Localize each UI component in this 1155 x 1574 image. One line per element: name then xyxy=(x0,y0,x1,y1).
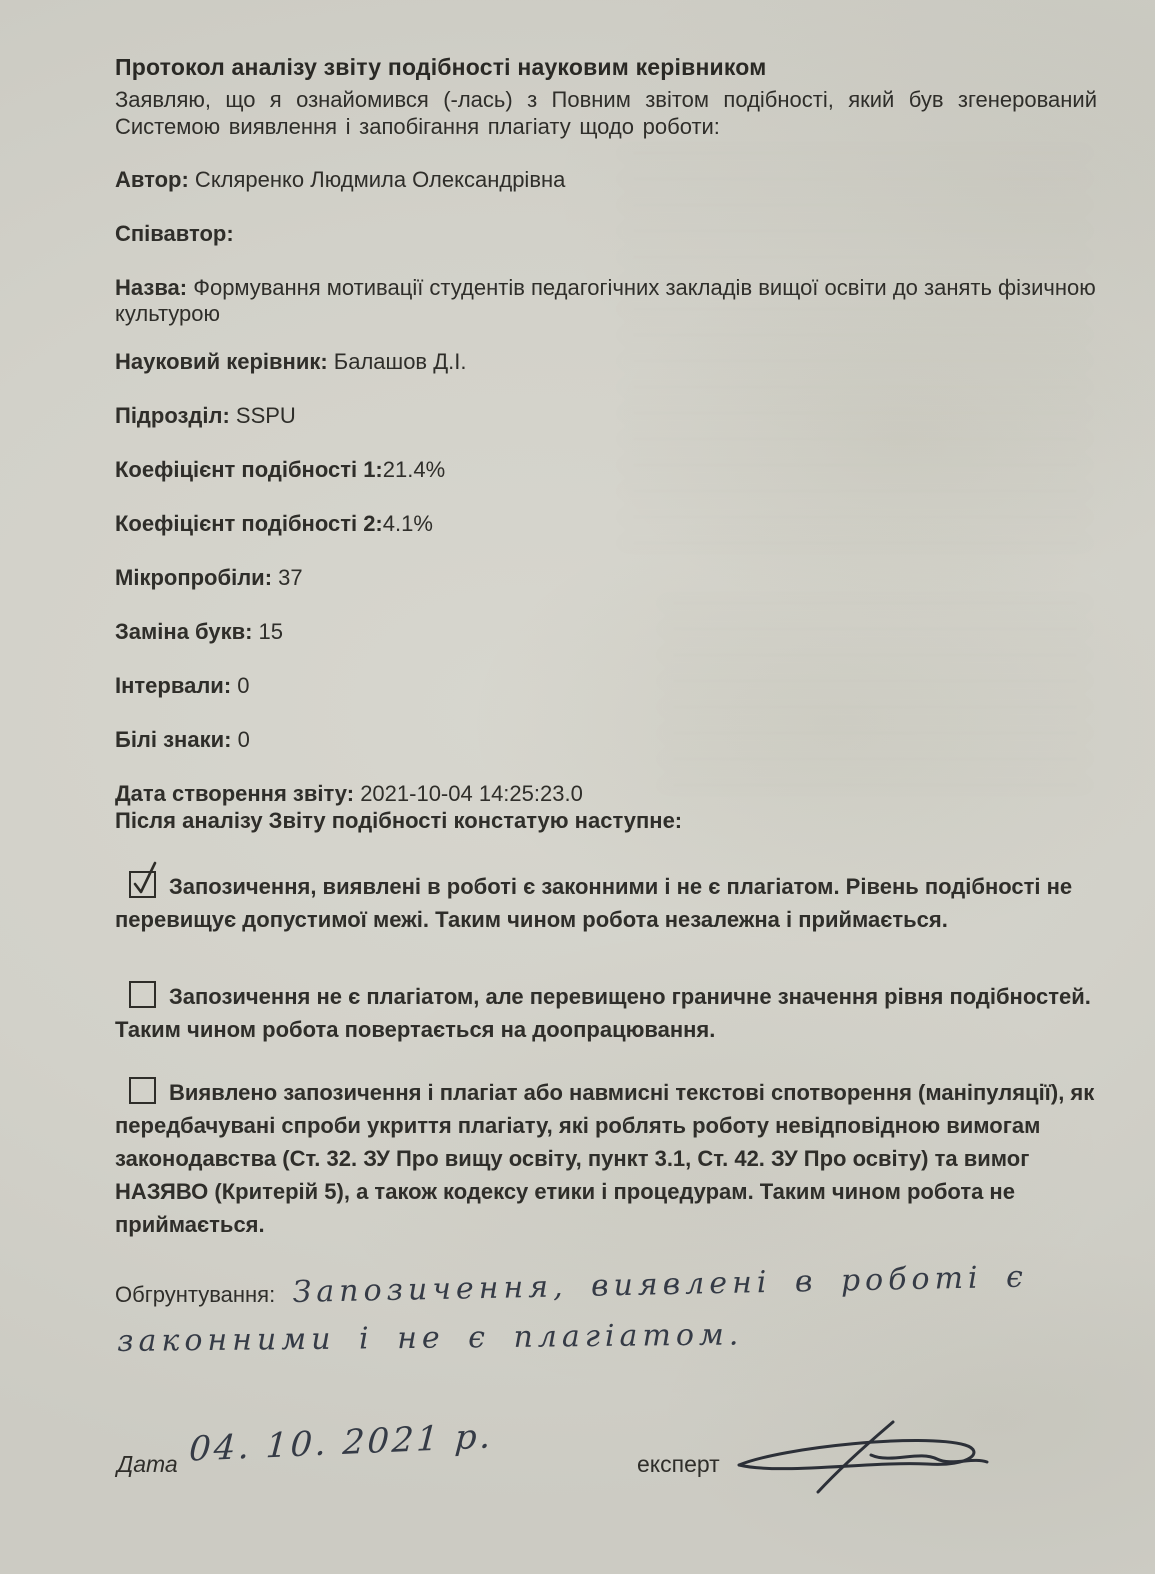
field-value: Формування мотивації студентів педагогіч… xyxy=(115,275,1096,326)
field-label: Співавтор: xyxy=(115,221,234,246)
handwritten-date: 04. 10. 2021 р. xyxy=(188,1416,495,1469)
signature-scribble-icon xyxy=(723,1417,1003,1506)
field-label: Заміна букв: xyxy=(115,619,252,644)
field-intervals: Інтервали: 0 xyxy=(115,673,1097,699)
expert-label: експерт xyxy=(637,1451,720,1478)
scanned-document-page: Протокол аналізу звіту подібності науков… xyxy=(0,0,1155,1574)
field-value: SSPU xyxy=(230,403,296,428)
field-value: 21.4% xyxy=(383,457,445,482)
field-label: Науковий керівник: xyxy=(115,349,328,374)
option-exceeds-threshold: Запозичення не є плагіатом, але перевище… xyxy=(115,980,1097,1046)
field-value: 15 xyxy=(252,619,283,644)
intro-statement: Заявляю, що я ознайомився (-лась) з Повн… xyxy=(115,86,1097,140)
field-value: Скляренко Людмила Олександрівна xyxy=(189,167,566,192)
field-department: Підрозділ: SSPU xyxy=(115,403,1097,429)
field-label: Автор: xyxy=(115,167,189,192)
handwritten-checkmark-icon xyxy=(129,858,159,898)
option-text: Запозичення, виявлені в роботі є законни… xyxy=(115,874,1072,932)
field-supervisor: Науковий керівник: Балашов Д.І. xyxy=(115,349,1097,375)
footer-signature-block: Дата 04. 10. 2021 р. експерт xyxy=(115,1421,1097,1531)
field-letter-substitution: Заміна букв: 15 xyxy=(115,619,1097,645)
field-label: Коефіцієнт подібності 1: xyxy=(115,457,383,482)
justification-row: Обгрунтування:Запозичення, виявлені в ро… xyxy=(115,1275,1097,1310)
field-value: 4.1% xyxy=(383,511,433,536)
option-text: Запозичення не є плагіатом, але перевище… xyxy=(115,984,1091,1042)
field-coauthor: Співавтор: xyxy=(115,221,1097,247)
field-value: 0 xyxy=(231,673,249,698)
field-label: Підрозділ: xyxy=(115,403,230,428)
field-similarity-coefficient-1: Коефіцієнт подібності 1:21.4% xyxy=(115,457,1097,483)
field-value: 37 xyxy=(272,565,303,590)
document-content: Протокол аналізу звіту подібності науков… xyxy=(115,54,1097,1531)
option-borrowings-legitimate: Запозичення, виявлені в роботі є законни… xyxy=(115,870,1097,936)
document-title: Протокол аналізу звіту подібності науков… xyxy=(115,54,1097,81)
field-label: Білі знаки: xyxy=(115,727,231,752)
justification-label: Обгрунтування: xyxy=(115,1282,275,1307)
checkbox-empty xyxy=(129,981,156,1008)
field-author: Автор: Скляренко Людмила Олександрівна xyxy=(115,167,1097,193)
field-similarity-coefficient-2: Коефіцієнт подібності 2:4.1% xyxy=(115,511,1097,537)
field-label: Мікропробіли: xyxy=(115,565,272,590)
handwritten-justification-line1: Запозичення, виявлені в роботі є xyxy=(292,1260,1028,1310)
field-microspaces: Мікропробіли: 37 xyxy=(115,565,1097,591)
field-white-signs: Білі знаки: 0 xyxy=(115,727,1097,753)
field-label: Назва: xyxy=(115,275,187,300)
handwritten-justification-line2: законними і не є плагіатом. xyxy=(117,1314,1097,1359)
field-value: 0 xyxy=(231,727,249,752)
field-value: 2021-10-04 14:25:23.0 xyxy=(354,781,583,806)
checkbox-checked xyxy=(129,871,156,898)
statement-intro: Після аналізу Звіту подібності констатую… xyxy=(115,807,1097,834)
field-label: Коефіцієнт подібності 2: xyxy=(115,511,383,536)
option-text: Виявлено запозичення і плагіат або навми… xyxy=(115,1080,1094,1237)
field-value: Балашов Д.І. xyxy=(328,349,467,374)
field-report-creation-date: Дата створення звіту: 2021-10-04 14:25:2… xyxy=(115,781,1097,807)
field-work-title: Назва: Формування мотивації студентів пе… xyxy=(115,275,1097,327)
checkbox-empty xyxy=(129,1077,156,1104)
field-label: Дата створення звіту: xyxy=(115,781,354,806)
option-plagiarism-detected: Виявлено запозичення і плагіат або навми… xyxy=(115,1076,1097,1241)
date-label: Дата xyxy=(117,1451,178,1478)
field-label: Інтервали: xyxy=(115,673,231,698)
